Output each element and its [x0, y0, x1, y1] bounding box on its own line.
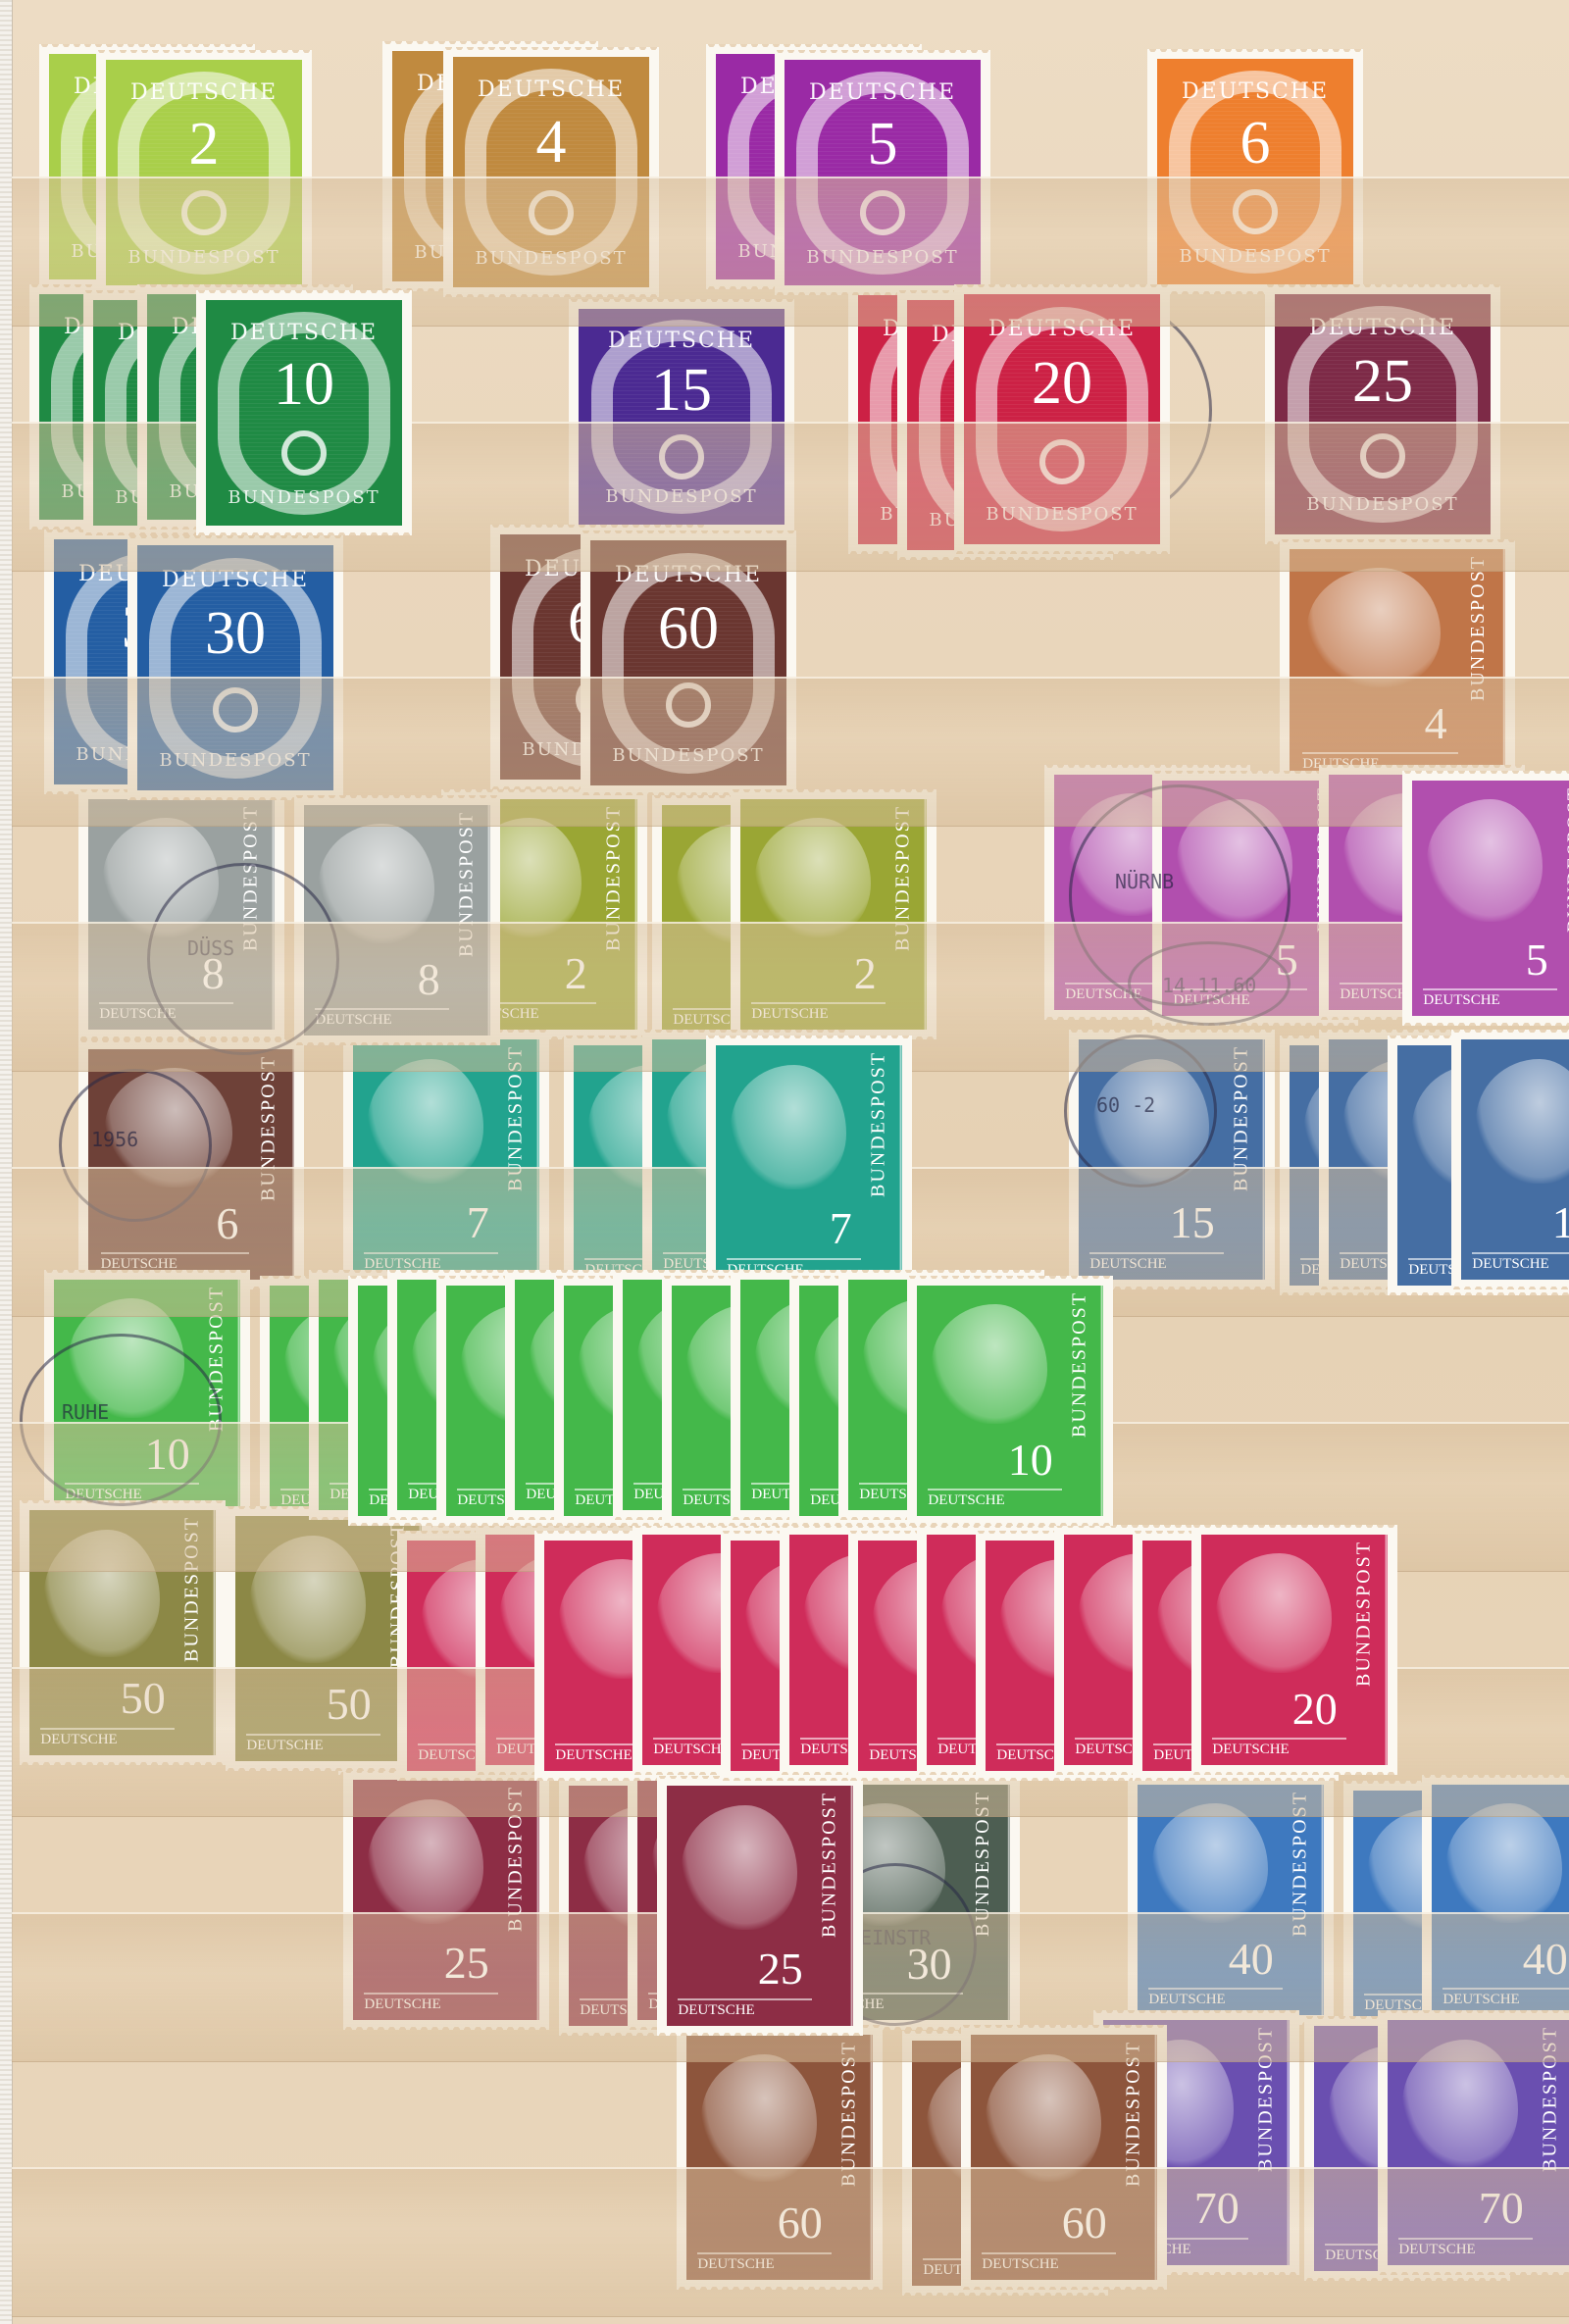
heuss-portrait-icon	[701, 2054, 817, 2182]
stamp-value: 6	[216, 1197, 238, 1249]
stamp-label-top: DEUTSCHE	[1275, 316, 1491, 340]
stamp-h4[interactable]: BUNDESPOST4DEUTSCHE	[1280, 539, 1515, 789]
stamp-label-bottom: DEUTSCHE	[364, 1993, 498, 2013]
stamp-h7[interactable]: BUNDESPOST7DEUTSCHE	[706, 1036, 912, 1295]
stamp-label-side: BUNDESPOST	[171, 1510, 216, 1755]
stamp-h10[interactable]: BUNDESPOST10DEUTSCHE	[907, 1276, 1113, 1526]
stamp-label-bottom: DEUTSCHE	[1423, 988, 1557, 1009]
stamp-label-bottom: BUNDESPOST	[784, 247, 981, 268]
stamp-ph25[interactable]: DEUTSCHE25BUNDESPOST	[1265, 284, 1500, 544]
stamp-h5[interactable]: BUNDESPOST5DEUTSCHE	[1402, 771, 1569, 1026]
stamp-value: 10	[1008, 1434, 1053, 1486]
posthorn-icon	[659, 434, 704, 480]
stamp-face: BUNDESPOST7DEUTSCHE	[716, 1045, 902, 1286]
posthorn-icon	[1360, 433, 1405, 479]
stamp-label-top: DEUTSCHE	[784, 80, 981, 105]
stamp-label-top: DEUTSCHE	[964, 317, 1160, 341]
stamp-value: 15	[1170, 1196, 1215, 1248]
stamp-face: BUNDESPOST40DEUTSCHE	[1432, 1785, 1569, 2015]
stamp-label-bottom: DEUTSCHE	[99, 1002, 233, 1023]
heuss-portrait-icon	[1427, 799, 1543, 922]
stamp-value: 5	[1526, 934, 1548, 985]
stamp-face: BUNDESPOST25DEUTSCHE	[353, 1780, 539, 2020]
stamp-label-bottom: DEUTSCHE	[697, 2252, 832, 2273]
stamp-value: 60	[590, 594, 786, 664]
heuss-portrait-icon	[731, 1065, 846, 1189]
stamp-h40[interactable]: BUNDESPOST40DEUTSCHE	[1422, 1775, 1569, 2025]
stamp-label-side: BUNDESPOST	[1244, 2020, 1290, 2265]
heuss-portrait-icon	[1216, 1553, 1332, 1673]
stamp-value: 5	[784, 110, 981, 179]
heuss-portrait-icon	[1093, 1059, 1209, 1184]
stamp-value: 10	[145, 1428, 190, 1480]
posthorn-icon	[213, 687, 258, 733]
stamp-face: BUNDESPOST4DEUTSCHE	[1290, 549, 1505, 780]
page-binding-edge	[0, 0, 13, 2324]
stamp-label-bottom: DEUTSCHE	[1442, 1988, 1569, 2008]
stamp-h15[interactable]: BUNDESPOST15DEUTSCHE	[1451, 1030, 1569, 1289]
stamp-value: 4	[1425, 697, 1447, 749]
stamp-value: 8	[202, 947, 225, 999]
stamp-face: DEUTSCHE2BUNDESPOST	[106, 60, 302, 285]
stamp-label-side: BUNDESPOST	[1529, 2020, 1569, 2265]
stamp-label-bottom: BUNDESPOST	[579, 486, 784, 507]
stamp-label-top: DEUTSCHE	[137, 568, 333, 592]
stamp-h2[interactable]: BUNDESPOST2DEUTSCHE	[731, 789, 936, 1039]
stamp-label-bottom: DEUTSCHE	[1173, 988, 1307, 1009]
stamp-label-side: BUNDESPOST	[1453, 549, 1505, 780]
heuss-portrait-icon	[1177, 799, 1292, 922]
stamp-label-top: DEUTSCHE	[206, 321, 402, 345]
stamp-label-bottom: BUNDESPOST	[1157, 246, 1353, 267]
stamp-ph30[interactable]: DEUTSCHE30BUNDESPOST	[127, 535, 343, 800]
heuss-portrait-icon	[755, 818, 871, 937]
stamp-value: 7	[467, 1196, 489, 1248]
stamp-label-bottom: DEUTSCHE	[751, 1002, 886, 1023]
stamp-label-side: BUNDESPOST	[445, 805, 490, 1036]
stamp-face: BUNDESPOST60DEUTSCHE	[971, 2035, 1157, 2280]
heuss-portrait-icon	[103, 818, 219, 937]
stamp-face: BUNDESPOST25DEUTSCHE	[667, 1786, 853, 2026]
stamp-face: DEUTSCHE5BUNDESPOST	[784, 60, 981, 285]
stamp-value: 15	[1552, 1196, 1569, 1248]
stamp-value: 20	[964, 349, 1160, 419]
stamp-label-bottom: BUNDESPOST	[106, 247, 302, 268]
stamp-ph15[interactable]: DEUTSCHE15BUNDESPOST	[569, 299, 794, 534]
stamp-face: BUNDESPOST8DEUTSCHE	[88, 799, 275, 1030]
heuss-portrait-icon	[105, 1068, 232, 1187]
stamp-ph4[interactable]: DEUTSCHE4BUNDESPOST	[443, 47, 659, 297]
stamp-label-side: BUNDESPOST	[1279, 1785, 1324, 2015]
stamp-face: BUNDESPOST50DEUTSCHE	[29, 1510, 216, 1755]
stamp-face: BUNDESPOST8DEUTSCHE	[304, 805, 490, 1036]
heuss-portrait-icon	[250, 1536, 366, 1663]
stamp-h7[interactable]: BUNDESPOST7DEUTSCHE	[343, 1030, 549, 1289]
stamp-label-bottom: BUNDESPOST	[590, 745, 786, 766]
stamp-value: 40	[1523, 1933, 1568, 1985]
heuss-portrait-icon	[1152, 1803, 1268, 1923]
stamp-h50[interactable]: BUNDESPOST50DEUTSCHE	[20, 1500, 226, 1765]
stamp-face: DEUTSCHE4BUNDESPOST	[453, 57, 649, 287]
stamp-face: BUNDESPOST15DEUTSCHE	[1461, 1039, 1569, 1280]
stamp-ph60[interactable]: DEUTSCHE60BUNDESPOST	[581, 530, 796, 795]
stamp-label-bottom: BUNDESPOST	[1275, 494, 1491, 515]
stamp-label-bottom: BUNDESPOST	[964, 504, 1160, 525]
stamp-label-side: BUNDESPOST	[245, 1049, 294, 1280]
stamp-label-top: DEUTSCHE	[1157, 79, 1353, 104]
heuss-portrait-icon	[1446, 1803, 1562, 1923]
stamp-ph2[interactable]: DEUTSCHE2BUNDESPOST	[96, 50, 312, 295]
stamp-label-bottom: DEUTSCHE	[1212, 1738, 1346, 1758]
stamp-value: 6	[1157, 109, 1353, 178]
stamp-value: 5	[1276, 934, 1298, 985]
stamp-label-bottom: DEUTSCHE	[246, 1734, 380, 1754]
heuss-portrait-icon	[1476, 1059, 1569, 1184]
stamp-label-side: BUNDESPOST	[857, 1045, 902, 1286]
stamp-value: 7	[830, 1202, 852, 1254]
stamp-label-side: BUNDESPOST	[229, 799, 275, 1030]
stamp-value: 2	[565, 947, 587, 999]
stamp-label-top: DEUTSCHE	[579, 328, 784, 353]
stamp-label-side: BUNDESPOST	[1058, 1286, 1103, 1516]
stamp-h6[interactable]: BUNDESPOST6DEUTSCHE	[78, 1039, 304, 1289]
stamp-label-bottom: DEUTSCHE	[1089, 1252, 1224, 1273]
stamp-h8[interactable]: BUNDESPOST8DEUTSCHE	[78, 789, 284, 1039]
stamp-face: BUNDESPOST20DEUTSCHE	[1201, 1535, 1388, 1765]
stock-book-page: DEUTSCHE2BUNDESPOSTDEUTSCHE2BUNDESPOSTDE…	[0, 0, 1569, 2324]
heuss-portrait-icon	[44, 1530, 160, 1657]
stamp-value: 60	[1062, 2197, 1107, 2248]
stamp-ph20[interactable]: DEUTSCHE20BUNDESPOST	[954, 284, 1170, 554]
stamp-h40[interactable]: BUNDESPOST40DEUTSCHE	[1128, 1775, 1334, 2025]
stamp-face: DEUTSCHE20BUNDESPOST	[964, 294, 1160, 544]
stamp-label-side: BUNDESPOST	[882, 799, 927, 1030]
stamp-label-bottom: DEUTSCHE	[315, 1008, 449, 1029]
stamp-value: 25	[758, 1943, 803, 1995]
stamp-label-side: BUNDESPOST	[195, 1280, 240, 1510]
stamp-value: 25	[1275, 347, 1491, 417]
stamp-face: BUNDESPOST5DEUTSCHE	[1412, 781, 1569, 1016]
stamp-h20[interactable]: BUNDESPOST20DEUTSCHE	[1191, 1525, 1397, 1775]
stamp-label-bottom: DEUTSCHE	[1472, 1252, 1569, 1273]
stamp-label-bottom: DEUTSCHE	[678, 1998, 812, 2019]
heuss-portrait-icon	[986, 2054, 1101, 2182]
stamp-label-top: DEUTSCHE	[453, 77, 649, 102]
stamp-label-bottom: DEUTSCHE	[1398, 2238, 1533, 2258]
stamp-value: 40	[1229, 1933, 1274, 1985]
stamp-label-bottom: DEUTSCHE	[1148, 1988, 1283, 2008]
stamp-face: BUNDESPOST70DEUTSCHE	[1388, 2020, 1569, 2265]
stamp-label-bottom: DEUTSCHE	[40, 1728, 175, 1748]
stamp-label-side: BUNDESPOST	[1342, 1535, 1388, 1765]
stamp-value: 15	[579, 356, 784, 426]
posthorn-icon	[529, 190, 574, 235]
stamp-face: BUNDESPOST50DEUTSCHE	[235, 1516, 422, 1761]
stamp-label-bottom: BUNDESPOST	[206, 487, 402, 508]
stamp-label-side: BUNDESPOST	[808, 1786, 853, 2026]
stamp-face: DEUTSCHE30BUNDESPOST	[137, 545, 333, 790]
heuss-portrait-icon	[368, 1059, 483, 1184]
stamp-face: DEUTSCHE60BUNDESPOST	[590, 540, 786, 785]
heuss-portrait-icon	[69, 1298, 184, 1418]
heuss-portrait-icon	[1307, 568, 1441, 687]
stamp-face: DEUTSCHE10BUNDESPOST	[206, 300, 402, 526]
stamp-value: 50	[121, 1672, 166, 1724]
posthorn-icon	[666, 682, 711, 728]
stamp-value: 8	[418, 953, 440, 1005]
stamp-face: BUNDESPOST40DEUTSCHE	[1138, 1785, 1324, 2015]
stamp-label-side: BUNDESPOST	[828, 2035, 873, 2280]
stamp-ph10[interactable]: DEUTSCHE10BUNDESPOST	[196, 290, 412, 535]
stamp-value: 70	[1194, 2182, 1240, 2234]
stamp-value: 30	[907, 1938, 952, 1990]
stamp-h60[interactable]: BUNDESPOST60DEUTSCHE	[677, 2025, 883, 2290]
stamp-label-side: BUNDESPOST	[494, 1039, 539, 1280]
stamp-ph5[interactable]: DEUTSCHE5BUNDESPOST	[775, 50, 990, 295]
stamp-value: 50	[327, 1678, 372, 1730]
stamp-label-side: BUNDESPOST	[592, 799, 637, 1030]
stamp-value: 2	[106, 110, 302, 179]
stamp-label-bottom: BUNDESPOST	[453, 248, 649, 269]
stamp-face: DEUTSCHE6BUNDESPOST	[1157, 59, 1353, 284]
stamp-value: 30	[137, 599, 333, 669]
heuss-portrait-icon	[932, 1304, 1047, 1424]
stamp-label-side: BUNDESPOST	[1112, 2035, 1157, 2280]
stamp-label-bottom: DEUTSCHE	[982, 2252, 1116, 2273]
stamp-value: 2	[854, 947, 877, 999]
stamp-value: 25	[444, 1937, 489, 1989]
stamp-face: BUNDESPOST7DEUTSCHE	[353, 1039, 539, 1280]
stamp-h25[interactable]: BUNDESPOST25DEUTSCHE	[657, 1776, 863, 2036]
stamp-label-top: DEUTSCHE	[106, 80, 302, 105]
stamp-value: 60	[778, 2197, 823, 2248]
stamp-h8[interactable]: BUNDESPOST8DEUTSCHE	[294, 795, 500, 1045]
stamp-ph6[interactable]: DEUTSCHE6BUNDESPOST	[1147, 49, 1363, 294]
stamp-value: 20	[1292, 1683, 1338, 1735]
stamp-face: BUNDESPOST60DEUTSCHE	[686, 2035, 873, 2280]
stamp-face: BUNDESPOST6DEUTSCHE	[88, 1049, 294, 1280]
stamp-value: 4	[453, 108, 649, 177]
posthorn-icon	[1039, 439, 1085, 484]
stamp-label-bottom: BUNDESPOST	[137, 750, 333, 771]
stamp-label-side: BUNDESPOST	[1220, 1039, 1265, 1280]
stamp-face: BUNDESPOST10DEUTSCHE	[917, 1286, 1103, 1516]
heuss-portrait-icon	[1402, 2040, 1518, 2167]
stamp-label-side: BUNDESPOST	[958, 1785, 1010, 2020]
stamp-value: 10	[206, 350, 402, 420]
stamp-h15[interactable]: BUNDESPOST15DEUTSCHE	[1069, 1030, 1275, 1289]
stamp-label-top: DEUTSCHE	[590, 563, 786, 587]
stamp-face: BUNDESPOST15DEUTSCHE	[1079, 1039, 1265, 1280]
stamp-h25[interactable]: BUNDESPOST25DEUTSCHE	[343, 1770, 549, 2030]
stamp-h10[interactable]: BUNDESPOST10DEUTSCHE	[44, 1270, 250, 1520]
stamp-face: DEUTSCHE15BUNDESPOST	[579, 309, 784, 525]
stamp-value: 70	[1479, 2182, 1524, 2234]
stamp-face: BUNDESPOST2DEUTSCHE	[740, 799, 927, 1030]
stamp-h60[interactable]: BUNDESPOST60DEUTSCHE	[961, 2025, 1167, 2290]
stamp-label-bottom: DEUTSCHE	[928, 1489, 1062, 1509]
heuss-portrait-icon	[682, 1805, 797, 1930]
heuss-portrait-icon	[368, 1799, 483, 1924]
stamp-label-side: BUNDESPOST	[494, 1780, 539, 2020]
stamp-label-side: BUNDESPOST	[1553, 781, 1569, 1016]
stamp-face: DEUTSCHE25BUNDESPOST	[1275, 294, 1491, 534]
stamp-h70[interactable]: BUNDESPOST70DEUTSCHE	[1378, 2010, 1569, 2275]
heuss-portrait-icon	[319, 824, 434, 943]
stamp-face: BUNDESPOST10DEUTSCHE	[54, 1280, 240, 1510]
